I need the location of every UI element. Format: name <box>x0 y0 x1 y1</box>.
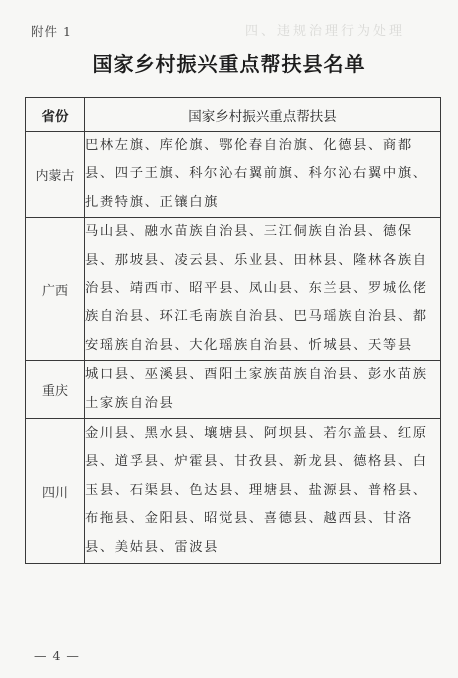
column-header-counties: 国家乡村振兴重点帮扶县 <box>85 98 441 132</box>
document-title: 国家乡村振兴重点帮扶县名单 <box>0 48 458 77</box>
counties-cell: 马山县、融水苗族自治县、三江侗族自治县、德保县、那坡县、凌云县、乐业县、田林县、… <box>85 218 441 361</box>
table-header-row: 省份 国家乡村振兴重点帮扶县 <box>26 98 441 132</box>
county-list-table: 省份 国家乡村振兴重点帮扶县 内蒙古 巴林左旗、库伦旗、鄂伦春自治旗、化德县、商… <box>25 97 441 564</box>
province-cell: 重庆 <box>26 361 85 419</box>
attachment-label: 附件 1 <box>31 22 72 40</box>
counties-cell: 巴林左旗、库伦旗、鄂伦春自治旗、化德县、商都县、四子王旗、科尔沁右翼前旗、科尔沁… <box>85 132 441 218</box>
page-number: — 4 — <box>34 648 80 663</box>
counties-cell: 金川县、黑水县、壤塘县、阿坝县、若尔盖县、红原县、道孚县、炉霍县、甘孜县、新龙县… <box>85 419 441 564</box>
province-cell: 内蒙古 <box>26 132 85 218</box>
province-cell: 四川 <box>26 419 85 564</box>
table-row: 四川 金川县、黑水县、壤塘县、阿坝县、若尔盖县、红原县、道孚县、炉霍县、甘孜县、… <box>26 419 441 564</box>
bleed-through-text: 四、违规治理行为处理 <box>245 20 405 39</box>
table-row: 内蒙古 巴林左旗、库伦旗、鄂伦春自治旗、化德县、商都县、四子王旗、科尔沁右翼前旗… <box>26 132 441 218</box>
column-header-province: 省份 <box>26 98 85 132</box>
table-row: 重庆 城口县、巫溪县、酉阳土家族苗族自治县、彭水苗族土家族自治县 <box>26 361 441 419</box>
province-cell: 广西 <box>26 218 85 361</box>
table-row: 广西 马山县、融水苗族自治县、三江侗族自治县、德保县、那坡县、凌云县、乐业县、田… <box>26 218 441 361</box>
counties-cell: 城口县、巫溪县、酉阳土家族苗族自治县、彭水苗族土家族自治县 <box>85 361 441 419</box>
